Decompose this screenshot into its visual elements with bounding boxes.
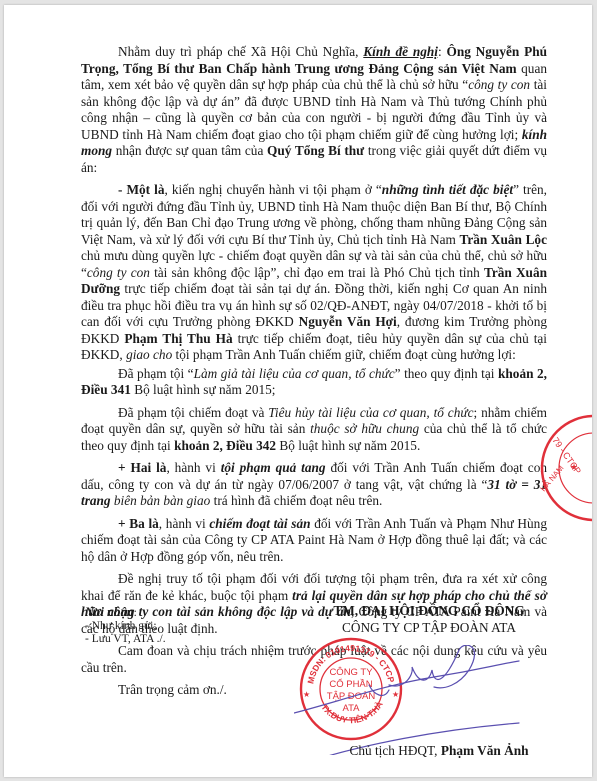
- paragraph-crime-341: Đã phạm tội “Làm giả tài liệu của cơ qua…: [81, 366, 547, 399]
- document-page: Nhằm duy trì pháp chế Xã Hội Chủ Nghĩa, …: [4, 5, 592, 777]
- signature-header: TM, ĐẠI HỘI ĐỒNG CỔ ĐÔNG CÔNG TY CP TẬP …: [309, 602, 549, 636]
- handwritten-signature: [294, 645, 524, 755]
- paragraph-intro: Nhằm duy trì pháp chế Xã Hội Chủ Nghĩa, …: [81, 44, 547, 176]
- request-phrase: Kính đề nghị: [363, 44, 438, 59]
- signer-name: Phạm Văn Ảnh: [441, 743, 529, 758]
- signature-title: TM, ĐẠI HỘI ĐỒNG CỔ ĐÔNG: [309, 602, 549, 619]
- company-name: CÔNG TY CP TẬP ĐOÀN ATA: [309, 619, 549, 636]
- signer-line: Chủ tịch HĐQT, Phạm Văn Ảnh: [319, 743, 559, 759]
- recipients-title: Nơi nhận: [85, 605, 134, 619]
- svg-text:★: ★: [570, 462, 578, 472]
- recipient-item: - Như kính gửi;: [85, 620, 166, 633]
- paragraph-crime-342: Đã phạm tội chiếm đoạt và Tiêu hủy tài l…: [81, 405, 547, 455]
- paragraph-point-two: + Hai là, hành vi tội phạm quả tang đối …: [81, 460, 547, 510]
- paragraph-point-one: - Một là, kiến nghị chuyển hành vi tội p…: [81, 182, 547, 364]
- recipient-item: - Lưu VT, ATA ./.: [85, 633, 166, 646]
- stamp-edge-fragment: 79 - CTCP ★ HÀ NAM: [532, 410, 592, 525]
- recipients-block: Nơi nhận: - Như kính gửi; - Lưu VT, ATA …: [85, 606, 166, 646]
- paragraph-point-three: + Ba là, hành vi chiếm đoạt tài sản đối …: [81, 516, 547, 566]
- signer-role: Chủ tịch HĐQT,: [349, 743, 440, 758]
